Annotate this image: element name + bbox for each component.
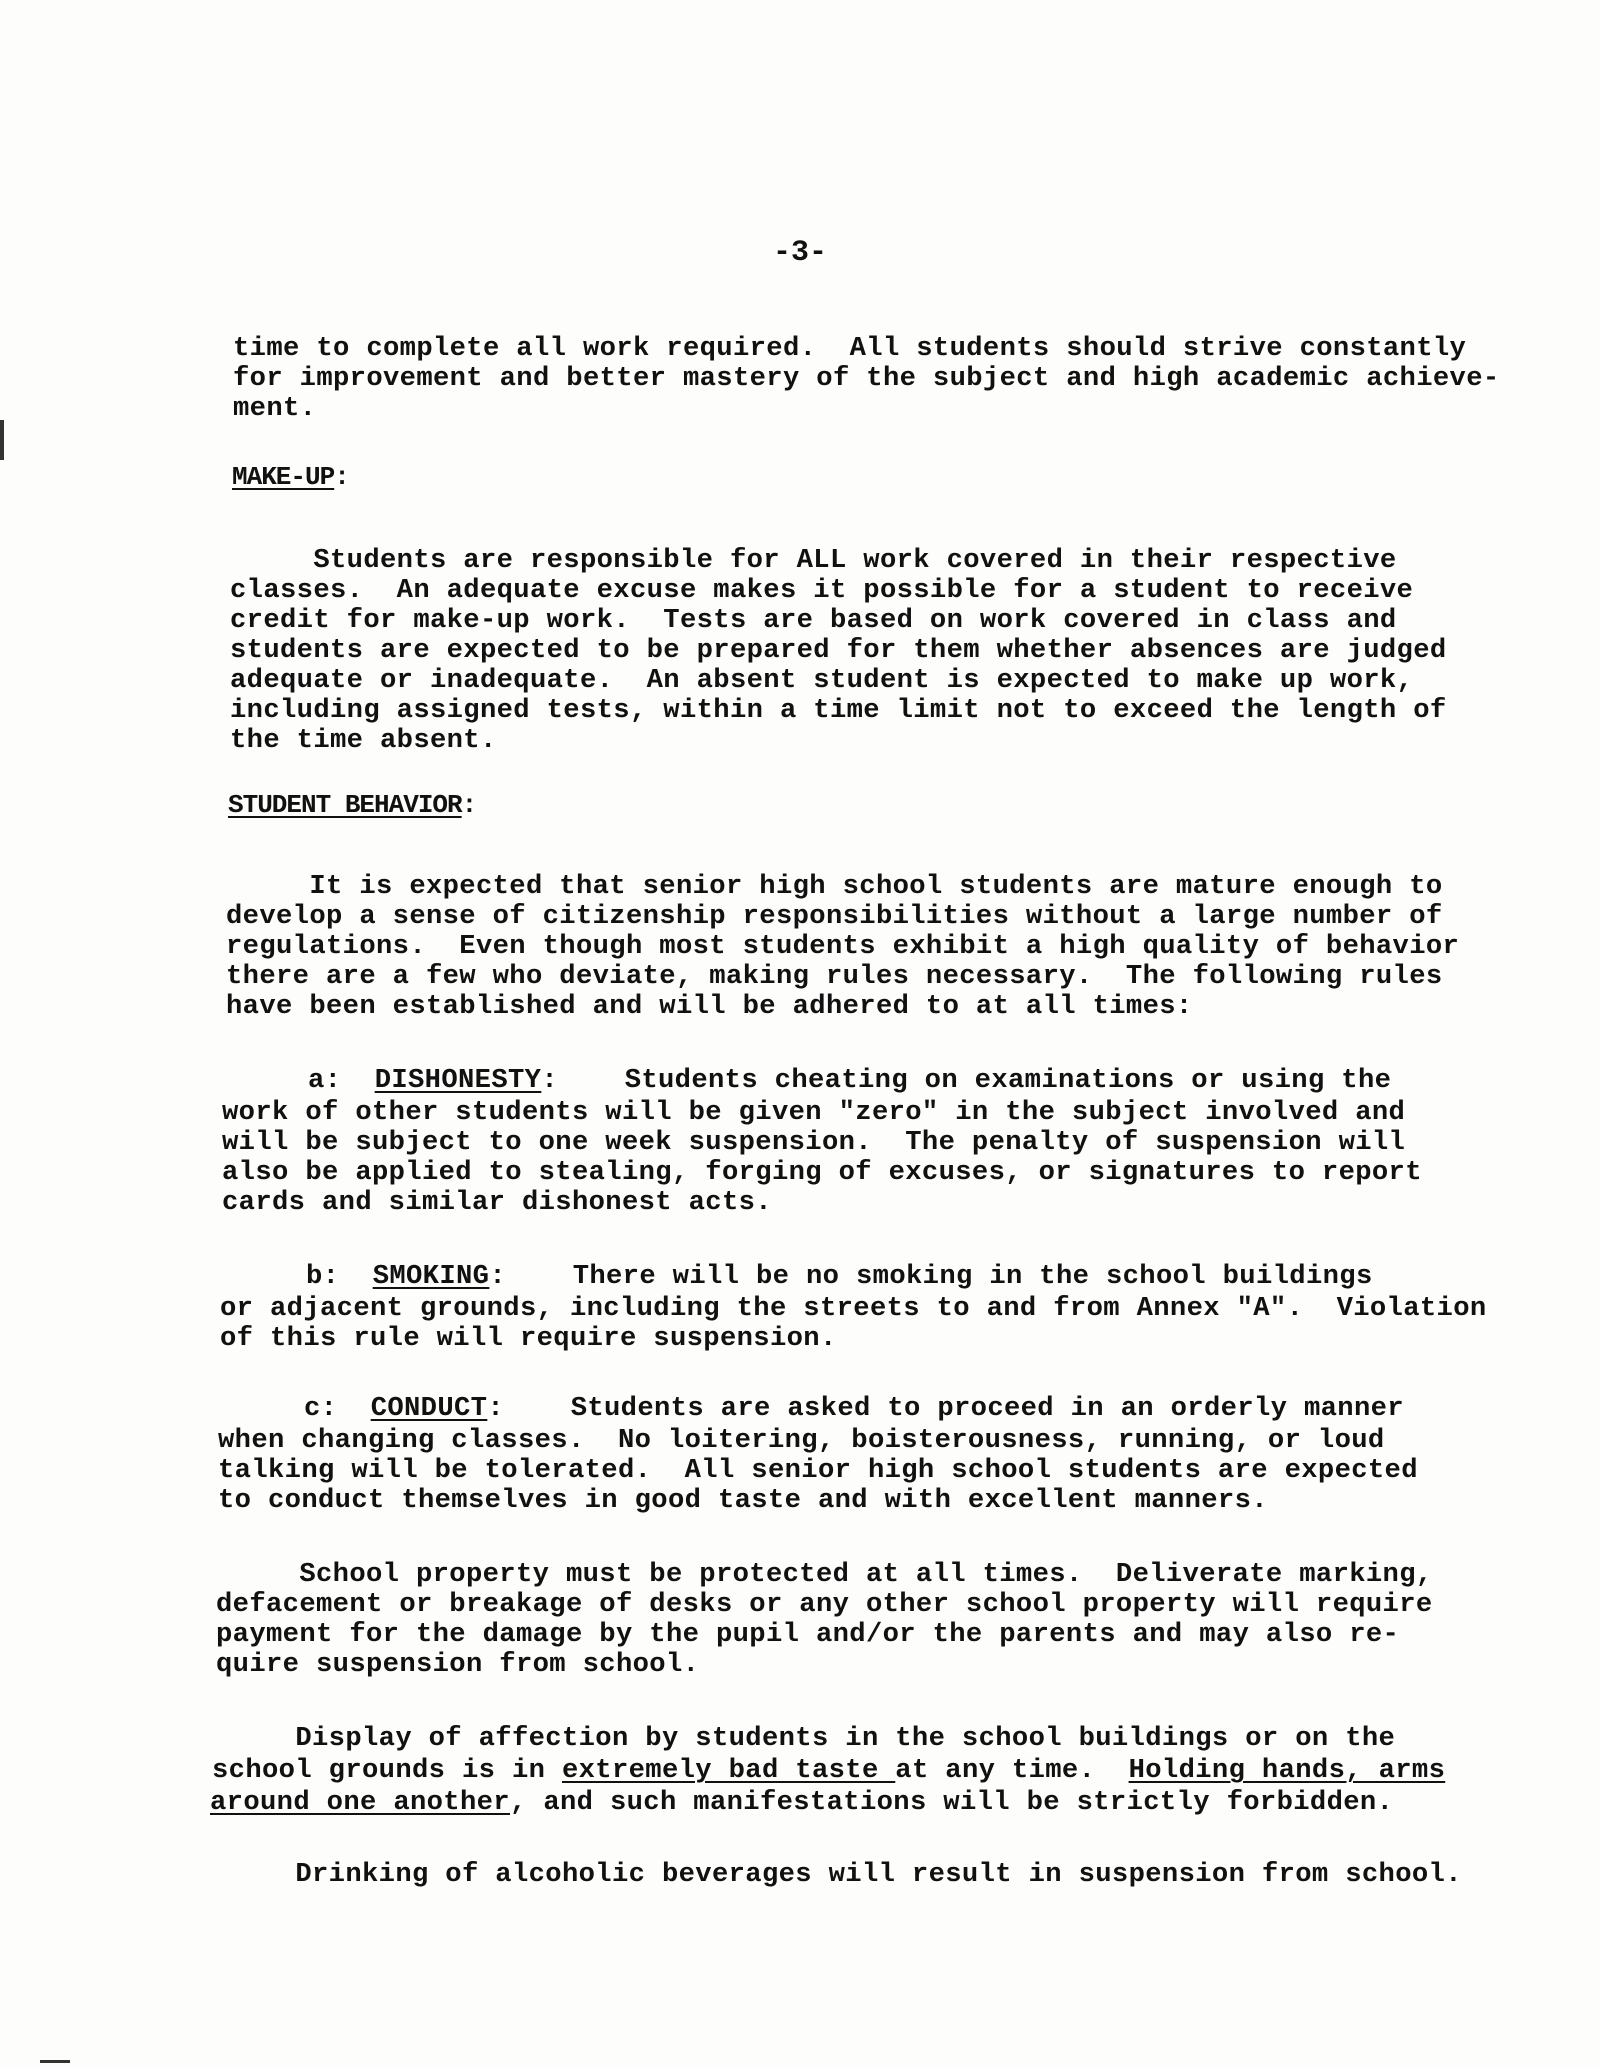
rule-conduct-line: to conduct themselves in good taste and …: [218, 1486, 1268, 1516]
intro-line: for improvement and better mastery of th…: [233, 364, 1500, 394]
rule-dishonesty-line: will be subject to one week suspension. …: [222, 1128, 1405, 1158]
rule-smoking-header: b: SMOKING: There will be no smoking in …: [306, 1262, 1373, 1292]
underlined-phrase: Holding hands, arms: [1129, 1755, 1446, 1786]
scan-edge-mark: [40, 2060, 70, 2063]
makeup-line: Students are responsible for ALL work co…: [230, 546, 1397, 576]
rule-conduct-line: talking will be tolerated. All senior hi…: [218, 1456, 1418, 1486]
rule-dishonesty-header: a: DISHONESTY: Students cheating on exam…: [308, 1066, 1391, 1096]
drinking-line: Drinking of alcoholic beverages will res…: [212, 1860, 1462, 1890]
rule-dishonesty-line: also be applied to stealing, forging of …: [222, 1158, 1422, 1188]
property-line: School property must be protected at all…: [216, 1560, 1433, 1590]
behavior-line: regulations. Even though most students e…: [226, 932, 1459, 962]
makeup-line: classes. An adequate excuse makes it pos…: [230, 576, 1413, 606]
underlined-phrase: extremely bad taste: [562, 1755, 895, 1786]
property-line: payment for the damage by the pupil and/…: [216, 1620, 1399, 1650]
intro-line: time to complete all work required. All …: [233, 334, 1466, 364]
property-line: quire suspension from school.: [216, 1650, 699, 1680]
rule-dishonesty-line: work of other students will be given "ze…: [222, 1098, 1405, 1128]
rule-smoking-line: or adjacent grounds, including the stree…: [220, 1294, 1487, 1324]
affection-line: around one another, and such manifestati…: [210, 1788, 1393, 1818]
intro-line: ment.: [233, 394, 316, 424]
underlined-phrase: around one another: [210, 1787, 510, 1818]
makeup-line: including assigned tests, within a time …: [230, 696, 1447, 726]
document-page: -3- time to complete all work required. …: [0, 0, 1600, 2068]
property-line: defacement or breakage of desks or any o…: [216, 1590, 1433, 1620]
affection-line: school grounds is in extremely bad taste…: [212, 1756, 1445, 1786]
rule-smoking-line: of this rule will require suspension.: [220, 1324, 837, 1354]
makeup-line: students are expected to be prepared for…: [230, 636, 1447, 666]
behavior-line: It is expected that senior high school s…: [226, 872, 1443, 902]
behavior-heading: STUDENT BEHAVIOR:: [228, 790, 476, 820]
affection-line: Display of affection by students in the …: [212, 1724, 1395, 1754]
behavior-line: have been established and will be adhere…: [226, 992, 1193, 1022]
makeup-line: credit for make-up work. Tests are based…: [230, 606, 1397, 636]
makeup-line: adequate or inadequate. An absent studen…: [230, 666, 1413, 696]
behavior-line: there are a few who deviate, making rule…: [226, 962, 1443, 992]
rule-conduct-header: c: CONDUCT: Students are asked to procee…: [304, 1394, 1404, 1424]
rule-conduct-line: when changing classes. No loitering, boi…: [218, 1426, 1385, 1456]
makeup-line: the time absent.: [230, 726, 497, 756]
rule-dishonesty-line: cards and similar dishonest acts.: [222, 1188, 772, 1218]
scan-edge-mark: [0, 420, 4, 460]
makeup-heading: MAKE-UP:: [232, 462, 349, 492]
behavior-line: develop a sense of citizenship responsib…: [226, 902, 1443, 932]
page-number: -3-: [0, 236, 1600, 270]
